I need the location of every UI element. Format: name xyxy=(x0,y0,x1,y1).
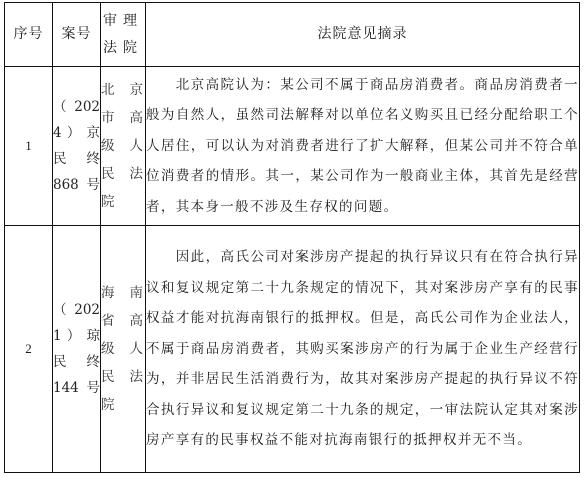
row-court: 北 京 市 高 级 人 民 法 院 xyxy=(101,67,146,226)
header-court-line1: 审理 xyxy=(101,8,145,35)
case-no-line: （ 202 xyxy=(53,94,100,120)
row-opinion: 因此，高氏公司对案涉房产提起的执行异议只有在符合执行异议和复议规定第二十九条规定… xyxy=(146,226,580,473)
header-opinion: 法院意见摘录 xyxy=(146,3,580,67)
table-header-row: 序号 案号 审理 法院 法院意见摘录 xyxy=(5,3,580,67)
row-case-no: （ 202 4 ） 京 民 终 868 号 xyxy=(53,67,101,226)
case-no-line: 868 号 xyxy=(53,172,100,198)
court-line: 民 法 xyxy=(101,160,145,188)
case-no-line: 4 ） 京 xyxy=(53,120,100,146)
row-seq: 2 xyxy=(5,226,53,473)
table-row: 2 （ 202 1 ） 琼 民 终 144 号 海 南 省 高 级 人 民 法 … xyxy=(5,226,580,473)
row-seq: 1 xyxy=(5,67,53,226)
court-line: 院 xyxy=(101,391,145,419)
row-court: 海 南 省 高 级 人 民 法 院 xyxy=(101,226,146,473)
court-line: 级 人 xyxy=(101,335,145,363)
row-case-no: （ 202 1 ） 琼 民 终 144 号 xyxy=(53,226,101,473)
case-no-line: （ 202 xyxy=(53,297,100,323)
court-line: 院 xyxy=(101,188,145,216)
header-seq: 序号 xyxy=(5,3,53,67)
court-opinion-table: 序号 案号 审理 法院 法院意见摘录 1 （ 202 4 ） 京 民 终 868… xyxy=(4,2,580,473)
court-line: 级 人 xyxy=(101,132,145,160)
header-court: 审理 法院 xyxy=(101,3,146,67)
court-line: 海 南 xyxy=(101,279,145,307)
court-line: 市 高 xyxy=(101,104,145,132)
court-line: 省 高 xyxy=(101,307,145,335)
table-row: 1 （ 202 4 ） 京 民 终 868 号 北 京 市 高 级 人 民 法 … xyxy=(5,67,580,226)
row-opinion: 北京高院认为：某公司不属于商品房消费者。商品房消费者一般为自然人，虽然司法解释对… xyxy=(146,67,580,226)
case-no-line: 144 号 xyxy=(53,375,100,401)
case-no-line: 1 ） 琼 xyxy=(53,323,100,349)
header-case-no: 案号 xyxy=(53,3,101,67)
case-no-line: 民 终 xyxy=(53,146,100,172)
court-line: 民 法 xyxy=(101,363,145,391)
court-line: 北 京 xyxy=(101,76,145,104)
case-no-line: 民 终 xyxy=(53,349,100,375)
header-court-line2: 法院 xyxy=(101,35,145,62)
